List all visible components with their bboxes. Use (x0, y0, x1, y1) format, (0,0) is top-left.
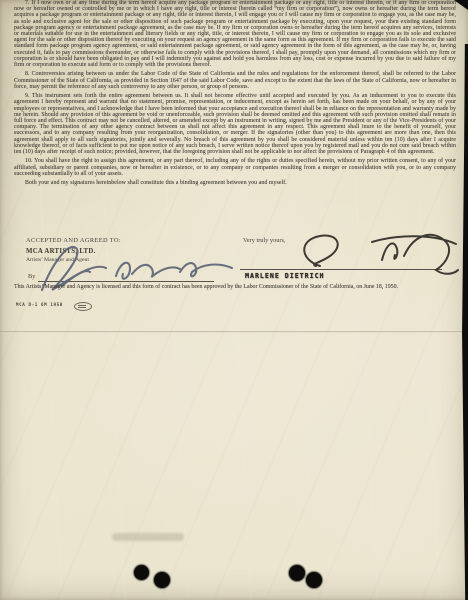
paragraph-7: 7. If I now own or at any time during th… (14, 0, 456, 68)
form-code: MCA D-1 6M 1950 (16, 302, 63, 307)
photo-backdrop-corner (454, 0, 468, 10)
paragraph-10: 10. You shall have the right to assign t… (14, 158, 456, 177)
union-printing-bug-icon (74, 302, 92, 311)
punch-hole (289, 565, 305, 581)
punch-hole (134, 565, 149, 580)
scanned-contract-page: commissions, considerations and the like… (0, 0, 468, 600)
contract-body-text: commissions, considerations and the like… (14, 0, 456, 190)
fold-crease (0, 331, 468, 333)
typed-artist-name: MARLENE DIETRICH (245, 272, 325, 280)
paragraph-9: 9. This instrument sets forth the entire… (14, 93, 456, 155)
signature-section: ACCEPTED AND AGREED TO: MCA ARTISTS, LTD… (0, 228, 468, 308)
punch-hole (306, 572, 322, 588)
ink-show-through-smudge (112, 533, 184, 541)
paragraph-8: 8. Controversies arising between us unde… (14, 71, 456, 90)
labor-commissioner-approval-line: This Artists’ Manager and Agency is lice… (14, 284, 456, 290)
salutation: Very truly yours, (243, 237, 286, 244)
punch-hole (154, 572, 170, 588)
closing-line: Both your and my signatures hereinbelow … (14, 180, 456, 186)
